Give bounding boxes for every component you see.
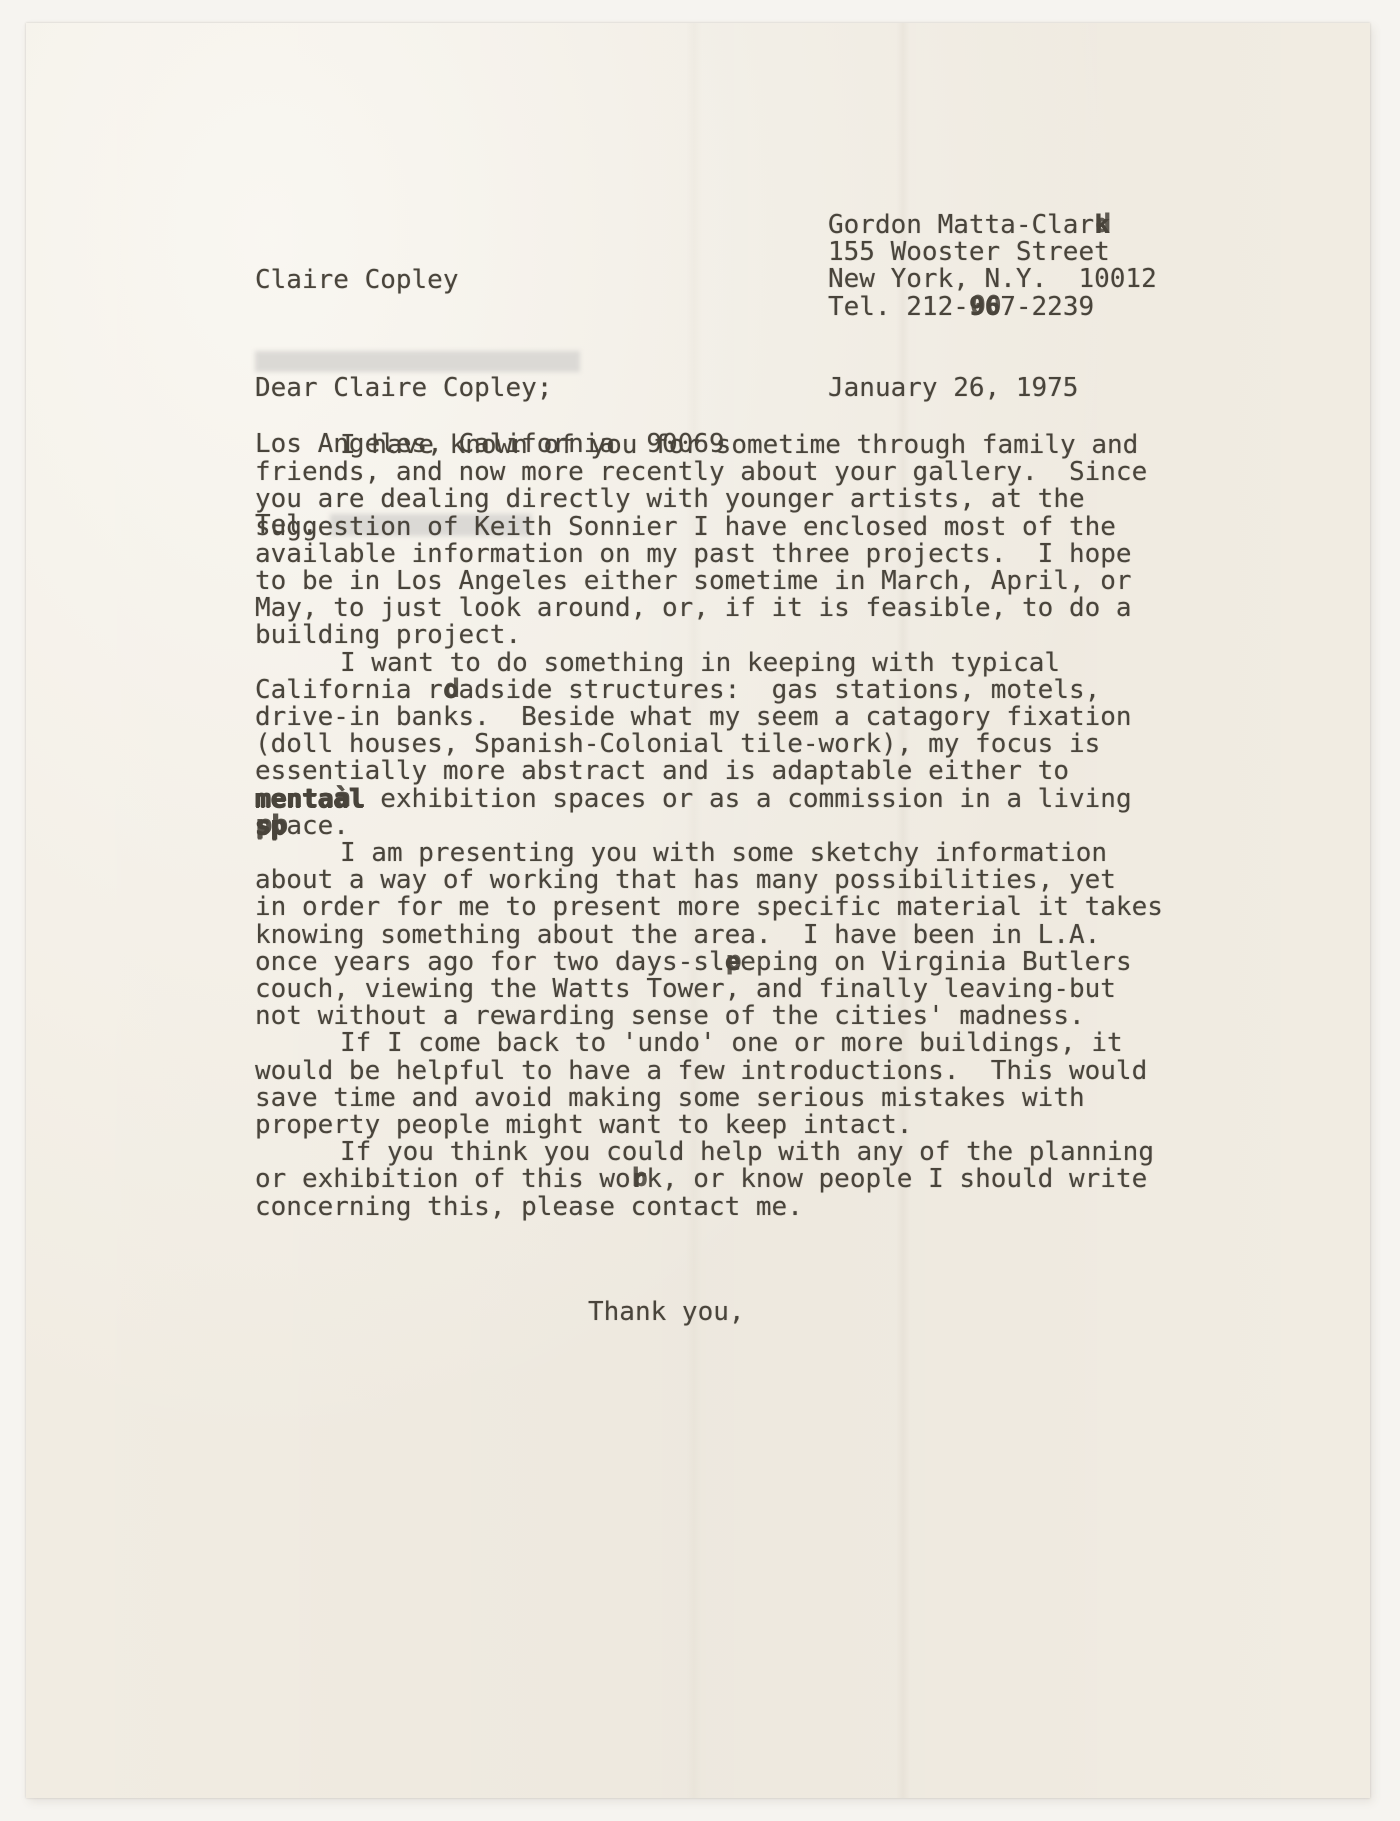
letter-line: friends, and now more recently about you… [255, 459, 1163, 486]
letter-line: suggestion of Keith Sonnier I have enclo… [255, 514, 1163, 541]
letter-line: essentially more abstract and is adaptab… [255, 758, 1163, 785]
letter-line: in order for me to present more specific… [255, 894, 1163, 921]
overtyped-chars: aà [333, 786, 349, 813]
letter-line: mentaaàl exhibition spaces or as a commi… [255, 786, 1163, 813]
overtyped-chars: 90 [969, 294, 985, 321]
letter-line: sppbace. [255, 813, 1163, 840]
recipient-name: Claire Copley [255, 267, 725, 294]
overtyped-chars: ep [725, 949, 741, 976]
letter-line: once years ago for two days-slepeping on… [255, 949, 1163, 976]
letter-line: I am presenting you with some sketchy in… [255, 840, 1163, 867]
redaction-bar-address [255, 351, 580, 372]
overtyped-chars: sp [255, 813, 271, 840]
letter-line: to be in Los Angeles either sometime in … [255, 568, 1163, 595]
letter-line: May, to just look around, or, if it is f… [255, 595, 1163, 622]
letter-line: drive-in banks. Beside what my seem a ca… [255, 704, 1163, 731]
letter-line: or exhibition of this worbk, or know peo… [255, 1166, 1163, 1193]
overtyped-chars: l [349, 786, 365, 813]
letter-line: New York, N.Y. 10012 [828, 266, 1157, 293]
letter-line: I have known of you for sometime through… [255, 432, 1163, 459]
letter-line: California rodadside structures: gas sta… [255, 677, 1163, 704]
date-line: January 26, 1975 [828, 375, 1078, 402]
letter-line: concerning this, please contact me. [255, 1194, 1163, 1221]
overtyped-chars: od [443, 677, 459, 704]
letter-line: not without a rewarding sense of the cit… [255, 1003, 1163, 1030]
letter-line: If I come back to 'undo' one or more bui… [255, 1030, 1163, 1057]
letter-line: knowing something about the area. I have… [255, 922, 1163, 949]
letter-line: available information on my past three p… [255, 541, 1163, 568]
overtyped-chars: 60 [985, 294, 1001, 321]
letter-line: you are dealing directly with younger ar… [255, 486, 1163, 513]
overtyped-chars: menta [255, 786, 333, 813]
salutation: Dear Claire Copley; [255, 375, 552, 402]
overtyped-chars: rb [631, 1166, 647, 1193]
sender-address-block: Gordon Matta-Clarkd155 Wooster StreetNew… [828, 212, 1157, 321]
letter-line: about a way of working that has many pos… [255, 867, 1163, 894]
letter-line: Tel. 212-90607-2239 [828, 294, 1157, 321]
letter-line: couch, viewing the Watts Tower, and fina… [255, 976, 1163, 1003]
letter-line: save time and avoid making some serious … [255, 1085, 1163, 1112]
scanned-letter-screenshot: { "page": { "paper_color": "#f1ece2", "b… [0, 0, 1400, 1821]
letter-line: I want to do something in keeping with t… [255, 650, 1163, 677]
letter-line: 155 Wooster Street [828, 239, 1157, 266]
letter-line: property people might want to keep intac… [255, 1112, 1163, 1139]
overtyped-chars: kd [1094, 212, 1110, 239]
letter-line: (doll houses, Spanish-Colonial tile-work… [255, 731, 1163, 758]
letter-body: I have known of you for sometime through… [255, 432, 1163, 1221]
letter-line: would be helpful to have a few introduct… [255, 1058, 1163, 1085]
letter-line: Gordon Matta-Clarkd [828, 212, 1157, 239]
closing: Thank you, [588, 1299, 745, 1326]
overtyped-chars: pb [271, 813, 287, 840]
letter-line: building project. [255, 622, 1163, 649]
letter-line: If you think you could help with any of … [255, 1139, 1163, 1166]
letter-page: Claire Copley Los Angeles, California 90… [26, 23, 1370, 1798]
